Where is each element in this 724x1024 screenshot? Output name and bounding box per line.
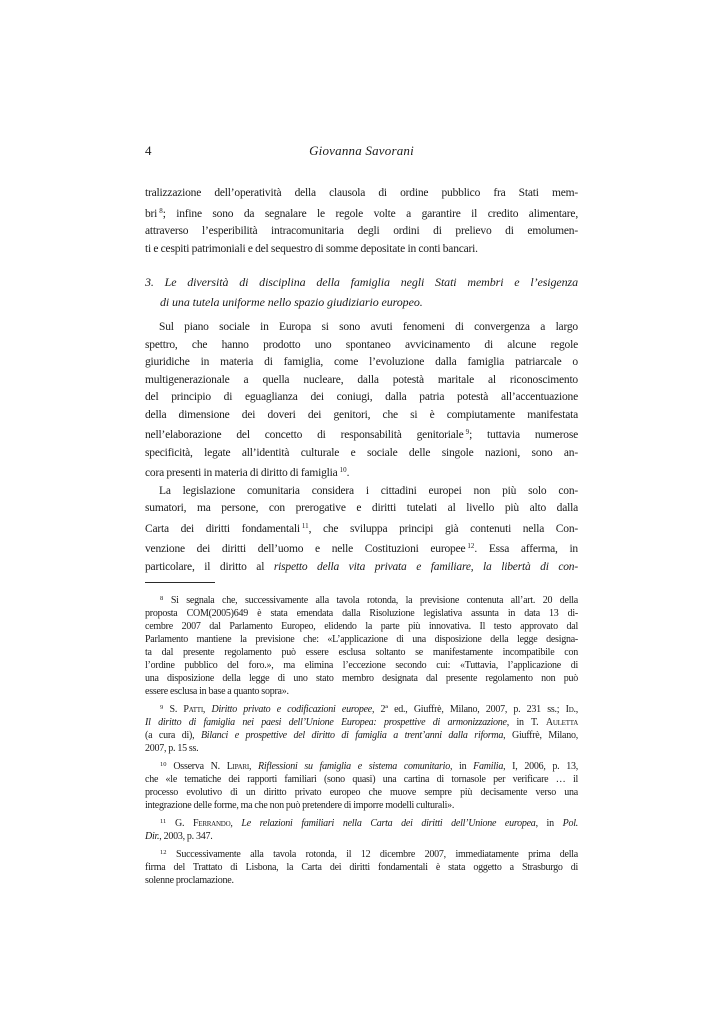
text-line: integrazione delle forme, ma che non può… — [145, 799, 578, 812]
text-line: ti e cespiti patrimoniali e del sequestr… — [145, 241, 578, 259]
document-body: tralizzazione dell’operatività della cla… — [145, 185, 578, 576]
text-segment: , in — [536, 818, 563, 829]
paragraph-legislazione: La legislazione comunitaria considera i … — [145, 483, 578, 577]
text-line: Parlamento mantiene la previsione che: «… — [145, 633, 578, 646]
text-line: Carta dei diritti fondamentali11, che sv… — [145, 518, 578, 539]
footnote-10: 10 Osserva N. Lipari, Riflessioni su fam… — [145, 758, 578, 812]
footnote-reference: 10 — [340, 466, 347, 474]
text-line: 9 S. Patti, Diritto privato e codificazi… — [145, 701, 578, 716]
text-segment: nell’elaborazione del concetto di respon… — [145, 429, 464, 441]
text-segment: del principio di eguaglianza dei coniugi… — [145, 391, 578, 403]
text-line: (a cura di), Bilanci e prospettive del d… — [145, 729, 578, 742]
section-heading: 3. Le diversità di disciplina della fami… — [145, 272, 578, 312]
text-line: giuridiche in materia di famiglia, come … — [145, 354, 578, 372]
text-segment: giuridiche in materia di famiglia, come … — [145, 356, 578, 368]
text-line: 12 Successivamente alla tavola rotonda, … — [145, 846, 578, 861]
footnote-reference: 11 — [302, 522, 309, 530]
text-line: 8 Si segnala che, successivamente alla t… — [145, 592, 578, 607]
footnote-11: 11 G. Ferrando, Le relazioni familiari n… — [145, 815, 578, 843]
text-line: essere esclusa in base a quanto sopra». — [145, 685, 578, 698]
text-segment: essere esclusa in base a quanto sopra». — [145, 686, 289, 697]
text-segment: rispetto della vita privata e familiare,… — [274, 561, 578, 573]
text-segment: , I, 2006, p. 13, — [503, 761, 578, 772]
text-segment: cora presenti in materia di diritto di f… — [145, 467, 338, 479]
text-segment: Dir. — [145, 831, 159, 842]
text-segment: G. — [166, 818, 193, 829]
text-segment: 3. Le diversità di disciplina della fami… — [145, 275, 578, 289]
text-segment: , Giuffrè, Milano, — [503, 730, 578, 741]
text-segment: Parlamento mantiene la previsione che: «… — [145, 634, 578, 645]
text-line: cora presenti in materia di diritto di f… — [145, 462, 578, 483]
text-segment: Si segnala che, successivamente alla tav… — [163, 595, 578, 606]
text-segment: . Essa afferma, in — [474, 543, 578, 555]
text-segment: sumatori, ma persone, con prerogative e … — [145, 502, 578, 514]
text-line: solenne proclamazione. — [145, 874, 578, 887]
text-segment: . — [347, 467, 350, 479]
text-segment: firma del Trattato di Lisbona, la Carta … — [145, 862, 578, 873]
text-line: venzione dei diritti dell’uomo e nelle C… — [145, 538, 578, 559]
text-line: multigenerazionale a quella nucleare, da… — [145, 372, 578, 390]
text-line: La legislazione comunitaria considera i … — [145, 483, 578, 501]
text-segment: , che sviluppa principi già contenuti ne… — [309, 523, 578, 535]
text-line: proposta COM(2005)649 è stata emendata d… — [145, 607, 578, 620]
text-segment: una disposizione della legge di uno stat… — [145, 673, 578, 684]
text-segment: di una tutela uniforme nello spazio giud… — [160, 295, 423, 309]
text-line: del principio di eguaglianza dei coniugi… — [145, 389, 578, 407]
text-segment: in — [452, 761, 473, 772]
text-segment: Lipari — [227, 761, 249, 772]
text-segment: Diritto privato e codificazioni europee — [211, 704, 372, 715]
text-segment: Bilanci e prospettive del diritto di fam… — [201, 730, 503, 741]
text-line: Il diritto di famiglia nei paesi dell’Un… — [145, 716, 578, 729]
footnote-9: 9 S. Patti, Diritto privato e codificazi… — [145, 701, 578, 755]
text-line: 10 Osserva N. Lipari, Riflessioni su fam… — [145, 758, 578, 773]
text-segment: l’ordine pubblico del foro.», ma elimina… — [145, 660, 578, 671]
text-segment: attraverso l’esperibilità intracomunitar… — [145, 225, 578, 237]
text-line: Sul piano sociale in Europa si sono avut… — [145, 319, 578, 337]
text-segment: Successivamente alla tavola rotonda, il … — [167, 849, 579, 860]
text-line: che «le tematiche dei rapporti familiari… — [145, 773, 578, 786]
text-segment: Il diritto di famiglia nei paesi dell’Un… — [145, 717, 507, 728]
text-segment: processo evolutivo di un diritto privato… — [145, 787, 578, 798]
text-segment: solenne proclamazione. — [145, 875, 234, 886]
text-segment: che «le tematiche dei rapporti familiari… — [145, 774, 578, 785]
text-line: 3. Le diversità di disciplina della fami… — [145, 272, 578, 292]
text-segment: Pol. — [563, 818, 578, 829]
text-line: di una tutela uniforme nello spazio giud… — [145, 292, 578, 312]
text-segment: tralizzazione dell’operatività della cla… — [145, 187, 578, 199]
text-segment: spettro, che hanno prodotto uno spontane… — [145, 339, 578, 351]
text-segment: , 2ª ed., Giuffrè, Milano, 2007, p. 231 … — [372, 704, 566, 715]
text-segment: integrazione delle forme, ma che non può… — [145, 800, 454, 811]
text-line: della dimensione dei doveri dei genitori… — [145, 407, 578, 425]
text-segment: Sul piano sociale in Europa si sono avut… — [159, 321, 578, 333]
footnote-12: 12 Successivamente alla tavola rotonda, … — [145, 846, 578, 887]
text-segment: Carta dei diritti fondamentali — [145, 523, 300, 535]
text-segment: Osserva N. — [167, 761, 227, 772]
text-segment: Ferrando — [193, 818, 230, 829]
text-line: attraverso l’esperibilità intracomunitar… — [145, 223, 578, 241]
text-segment: Riflessioni su famiglia e sistema comuni… — [258, 761, 452, 772]
text-segment: ta dal presente regolamento può essere e… — [145, 647, 578, 658]
footnote-separator — [145, 582, 215, 583]
text-line: Dir., 2003, p. 347. — [145, 830, 578, 843]
text-line: processo evolutivo di un diritto privato… — [145, 786, 578, 799]
page: 4 Giovanna Savorani tralizzazione dell’o… — [0, 0, 724, 1024]
page-header: 4 Giovanna Savorani — [145, 143, 578, 159]
text-line: 2007, p. 15 ss. — [145, 742, 578, 755]
text-segment: Familia — [473, 761, 503, 772]
text-line: firma del Trattato di Lisbona, la Carta … — [145, 861, 578, 874]
text-segment: ; tuttavia numerose — [469, 429, 578, 441]
text-segment: Auletta — [546, 717, 578, 728]
text-segment: ; infine sono da segnalare le regole vol… — [163, 208, 578, 220]
text-line: spettro, che hanno prodotto uno spontane… — [145, 337, 578, 355]
text-line: 11 G. Ferrando, Le relazioni familiari n… — [145, 815, 578, 830]
footnotes-section: 8 Si segnala che, successivamente alla t… — [145, 592, 578, 887]
text-segment: ti e cespiti patrimoniali e del sequestr… — [145, 243, 478, 255]
text-segment: della dimensione dei doveri dei genitori… — [145, 409, 578, 421]
text-line: l’ordine pubblico del foro.», ma elimina… — [145, 659, 578, 672]
text-line: bri8; infine sono da segnalare le regole… — [145, 203, 578, 224]
page-number: 4 — [145, 143, 152, 159]
text-segment: particolare, il diritto al — [145, 561, 274, 573]
text-column: 4 Giovanna Savorani tralizzazione dell’o… — [145, 143, 578, 890]
paragraph-continuation: tralizzazione dell’operatività della cla… — [145, 185, 578, 258]
text-line: cembre 2007 dal Parlamento Europeo, elid… — [145, 620, 578, 633]
text-segment: S. — [163, 704, 183, 715]
text-line: particolare, il diritto al rispetto dell… — [145, 559, 578, 577]
paragraph-convergenza: Sul piano sociale in Europa si sono avut… — [145, 319, 578, 483]
text-line: ta dal presente regolamento può essere e… — [145, 646, 578, 659]
text-segment: Le relazioni familiari nella Carta dei d… — [241, 818, 535, 829]
footnote-8: 8 Si segnala che, successivamente alla t… — [145, 592, 578, 698]
text-line: tralizzazione dell’operatività della cla… — [145, 185, 578, 203]
text-line: una disposizione della legge di uno stat… — [145, 672, 578, 685]
text-line: nell’elaborazione del concetto di respon… — [145, 424, 578, 445]
text-segment: Id — [566, 704, 574, 715]
text-segment: proposta COM(2005)649 è stata emendata d… — [145, 608, 578, 619]
text-segment: , in T. — [507, 717, 546, 728]
text-segment: (a cura di), — [145, 730, 201, 741]
text-segment: , 2003, p. 347. — [159, 831, 212, 842]
text-segment: La legislazione comunitaria considera i … — [159, 485, 578, 497]
text-segment: ., — [574, 704, 579, 715]
text-segment: , — [249, 761, 258, 772]
text-segment: bri — [145, 208, 157, 220]
text-segment: cembre 2007 dal Parlamento Europeo, elid… — [145, 621, 578, 632]
text-segment: , — [230, 818, 241, 829]
text-line: sumatori, ma persone, con prerogative e … — [145, 500, 578, 518]
text-line: specificità, legate all’identità cultura… — [145, 445, 578, 463]
text-segment: specificità, legate all’identità cultura… — [145, 447, 578, 459]
text-segment: 2007, p. 15 ss. — [145, 743, 198, 754]
running-header: Giovanna Savorani — [145, 143, 578, 159]
text-segment: venzione dei diritti dell’uomo e nelle C… — [145, 543, 465, 555]
text-segment: Patti — [183, 704, 202, 715]
text-segment: multigenerazionale a quella nucleare, da… — [145, 374, 578, 386]
